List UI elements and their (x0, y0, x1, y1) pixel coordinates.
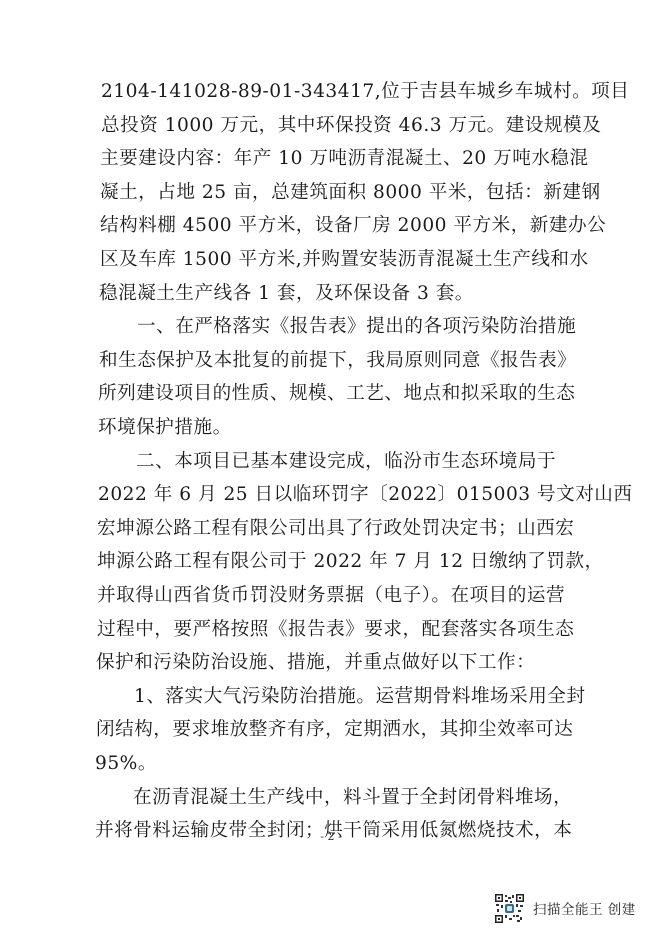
text-line: 总投资 1000 万元，其中环保投资 46.3 万元。建设规模及 (101, 109, 547, 143)
text-line: 所列建设项目的性质、规模、工艺、地点和拟采取的生态 (98, 377, 544, 411)
text-line: 和生态保护及本批复的前提下，我局原则同意《报告表》 (99, 344, 545, 378)
text-line: 2022 年 6 月 25 日以临环罚字〔2022〕015003 号文对山西 (98, 478, 544, 512)
text-line: 结构料棚 4500 平方米，设备厂房 2000 平方米，新建办公 (100, 209, 546, 243)
text-line: 闭结构，要求堆放整齐有序，定期洒水，其抑尘效率可达 (96, 713, 542, 747)
text-line: 在沥青混凝土生产线中，料斗置于全封闭骨料堆场， (95, 781, 541, 815)
text-line: 凝土，占地 25 亩，总建筑面积 8000 平米，包括：新建钢 (100, 176, 546, 210)
text-line: 1、落实大气污染防治措施。运营期骨料堆场采用全封 (96, 680, 542, 714)
scanner-watermark: 扫描全能王 创建 (494, 892, 636, 924)
text-line: 区及车库 1500 平方米,并购置安装沥青混凝土生产线和水 (100, 243, 546, 277)
text-line: 并取得山西省货币罚没财务票据（电子）。在项目的运营 (97, 579, 543, 613)
text-line: 稳混凝土生产线各 1 套，及环保设备 3 套。 (99, 277, 545, 311)
page-number: - 2 - (0, 830, 662, 843)
text-line: 环境保护措施。 (98, 411, 544, 445)
qr-code-icon (494, 893, 525, 924)
text-line: 宏坤源公路工程有限公司出具了行政处罚决定书；山西宏 (97, 512, 543, 546)
text-line: 坤源公路工程有限公司于 2022 年 7 月 12 日缴纳了罚款， (97, 545, 543, 579)
text-line: 二、本项目已基本建设完成，临汾市生态环境局于 (98, 445, 544, 479)
text-line: 主要建设内容：年产 10 万吨沥青混凝土、20 万吨水稳混 (100, 142, 546, 176)
text-line: 95%。 (95, 747, 541, 781)
text-line: 一、在严格落实《报告表》提出的各项污染防治措施 (99, 310, 545, 344)
watermark-text: 扫描全能王 创建 (533, 898, 636, 918)
text-line: 保护和污染防治设施、措施，并重点做好以下工作： (96, 646, 542, 680)
text-line: 过程中，要严格按照《报告表》要求，配套落实各项生态 (97, 613, 543, 647)
document-page: 2104-141028-89-01-343417,位于吉县车城乡车城村。项目总投… (0, 0, 662, 936)
text-line: 2104-141028-89-01-343417,位于吉县车城乡车城村。项目 (101, 75, 547, 109)
